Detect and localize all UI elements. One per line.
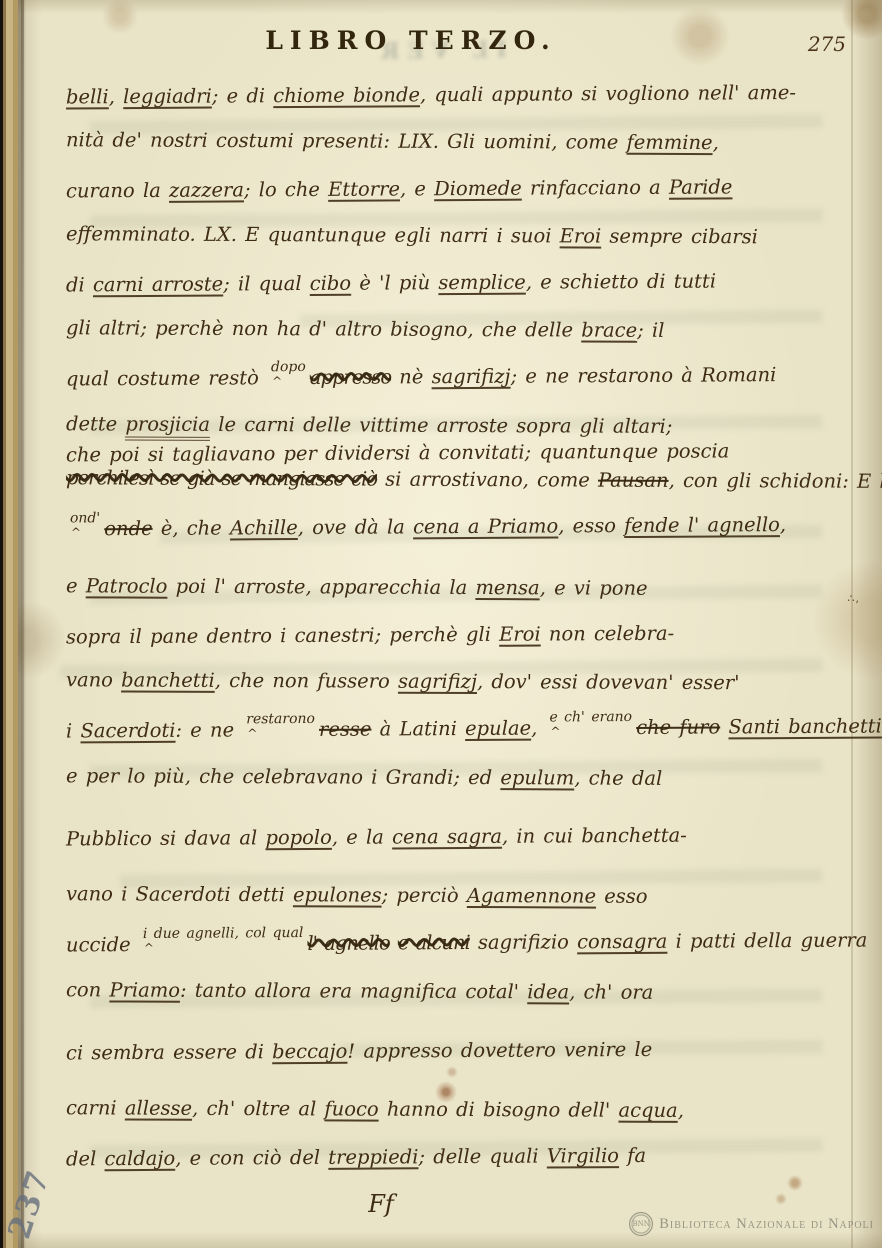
underlined-word: femmine: [626, 131, 712, 154]
text-segment: ; il: [637, 319, 664, 342]
text-segment: , e la: [332, 825, 392, 848]
manuscript-page: IL VER LIBRO TERZO. 275 belli, leggiadri…: [0, 0, 882, 1248]
text-segment: ; lo che: [244, 178, 328, 202]
text-segment: , dov' essi dovevan' esser': [477, 670, 740, 694]
text-segment: vano: [66, 668, 121, 691]
text-segment: Pubblico si dava al: [66, 826, 266, 850]
text-segment: ,: [109, 85, 124, 108]
inserted-word: i due agnelli, col qual: [143, 922, 304, 945]
inserted-word: e ch' erano: [549, 706, 632, 729]
underlined-word: mensa: [475, 576, 539, 599]
underlined-word: Priamo: [109, 978, 180, 1001]
text-segment: , esso: [558, 514, 624, 537]
text-segment: , che non fussero: [215, 669, 398, 693]
text-segment: : tanto allora era magnifica cotal': [180, 979, 527, 1004]
underlined-word: carni arroste: [93, 272, 223, 296]
underlined-word: banchetti: [121, 668, 215, 691]
struck-word: appresso: [310, 365, 391, 388]
text-segment: hanno di bisogno dell': [379, 1098, 619, 1122]
text-segment: ; il qual: [223, 272, 310, 296]
manuscript-line: ond'onde è, che Achille, ove dà la cena …: [66, 514, 868, 543]
text-segment: , e: [400, 177, 434, 200]
underlined-word: belli: [66, 85, 109, 108]
underlined-word: popolo: [265, 826, 332, 849]
text-segment: , e vi pone: [540, 576, 648, 599]
text-segment: , e con ciò del: [175, 1146, 328, 1170]
text-segment: , ch' ora: [569, 980, 653, 1003]
text-segment: qual costume restò: [66, 366, 267, 390]
underlined-word: zazzera: [169, 178, 244, 201]
text-segment: sempre cibarsi: [601, 225, 758, 249]
text-segment: le carni delle vittime arroste sopra gli…: [210, 413, 672, 438]
underlined-word: chiome bionde: [273, 83, 420, 107]
underlined-word: cibo: [310, 272, 352, 295]
manuscript-scan: IL VER LIBRO TERZO. 275 belli, leggiadri…: [0, 0, 882, 1248]
underlined-word: cena sagra: [392, 825, 502, 849]
library-watermark-text: Biblioteca Nazionale di Napoli: [659, 1216, 874, 1233]
underlined-word: Agamennone: [467, 884, 596, 908]
underlined-word: Diomede: [434, 177, 522, 201]
library-logo-icon: BNN: [629, 1212, 653, 1236]
page-title: LIBRO TERZO.: [0, 26, 822, 55]
text-segment: di: [66, 273, 93, 296]
text-segment: uccide: [66, 933, 139, 956]
text-segment: è 'l più: [351, 271, 438, 295]
manuscript-body: belli, leggiadri; e di chiome bionde, qu…: [66, 84, 868, 1193]
text-segment: ; e ne restarono à Romani: [510, 363, 776, 388]
manuscript-line: e per lo più, che celebravano i Grandi; …: [66, 765, 868, 790]
underlined-word: Ettorre: [328, 177, 400, 200]
manuscript-line: i Sacerdoti: e ne restaronoresse à Latin…: [66, 716, 868, 745]
text-segment: , ch' oltre al: [192, 1097, 324, 1121]
text-segment: ; perciò: [382, 884, 467, 907]
text-segment: E le profane,: [857, 470, 882, 494]
text-segment: fa: [619, 1144, 646, 1167]
text-segment: e per lo più, che celebravano i Grandi; …: [66, 764, 500, 789]
text-segment: nè: [391, 365, 432, 388]
manuscript-line: curano la zazzera; lo che Ettorre, e Dio…: [66, 176, 868, 203]
text-segment: gli altri; perchè non ha d' altro bisogn…: [66, 316, 581, 341]
underlined-word: allesse: [125, 1097, 192, 1120]
underlined-word: acqua: [618, 1099, 677, 1122]
text-segment: che poi si tagliavano per dividersi à co…: [66, 439, 730, 466]
underlined-word: idea: [527, 980, 569, 1003]
manuscript-line: gli altri; perchè non ha d' altro bisogn…: [66, 317, 868, 342]
underlined-word: Santi banchetti: [728, 714, 882, 738]
text-segment: poi l' arroste, apparecchia la: [167, 575, 475, 599]
underlined-word: Paride: [669, 175, 733, 198]
text-segment: , e schietto di tutti: [526, 269, 716, 293]
text-segment: ,: [531, 717, 546, 740]
struck-word: che furo: [636, 715, 720, 739]
underlined-word: Virgilio: [547, 1144, 619, 1167]
manuscript-line: belli, leggiadri; e di chiome bionde, qu…: [66, 82, 868, 109]
manuscript-line: di carni arroste; il qual cibo è 'l più …: [66, 270, 868, 297]
manuscript-line: qual costume restò dopoappresso nè sagri…: [66, 364, 868, 393]
text-segment: ,: [713, 131, 719, 154]
inserted-word: ond': [70, 507, 100, 529]
text-segment: ci sembra essere di: [66, 1040, 272, 1064]
struck-word: perchilesì se già se mangiasse ciò: [66, 466, 377, 490]
manuscript-line: effemminato. LX. E quantunque egli narri…: [66, 223, 868, 248]
text-segment: , ove dà la: [298, 515, 413, 539]
text-segment: i: [66, 719, 81, 742]
text-segment: non celebra-: [541, 622, 675, 646]
underlined-word: epulae: [465, 717, 531, 740]
text-segment: è, che: [153, 516, 230, 539]
underlined-word: semplice: [438, 271, 526, 295]
manuscript-line: perchilesì se già se mangiasse ciò si ar…: [66, 467, 868, 492]
struck-word: onde: [104, 517, 152, 540]
underlined-word: cena a Priamo: [413, 514, 558, 538]
page-number: 275: [808, 32, 846, 56]
underlined-word: caldajo: [104, 1147, 175, 1170]
underlined-word: epulum: [500, 766, 574, 789]
text-segment: ; e di: [212, 84, 274, 107]
text-segment: , con gli schidoni:: [669, 469, 858, 493]
manuscript-line: nità de' nostri costumi presenti: LIX. G…: [66, 129, 868, 154]
manuscript-line: Pubblico si dava al popolo, e la cena sa…: [66, 824, 868, 851]
manuscript-line: uccide i due agnelli, col quall' agnello…: [66, 930, 868, 959]
manuscript-line: con Priamo: tanto allora era magnifica c…: [66, 979, 868, 1004]
text-segment: effemminato. LX. E quantunque egli narri…: [66, 222, 560, 247]
underlined-word: beccajo: [272, 1040, 347, 1063]
underlined-word: Achille: [230, 516, 298, 539]
underlined-word: prosjicia: [125, 413, 210, 441]
underlined-word: fuoco: [324, 1097, 378, 1120]
manuscript-line: ci sembra essere di beccajo! appresso do…: [66, 1038, 868, 1065]
underlined-word: sagrifizj: [398, 670, 477, 693]
text-segment: nità de' nostri costumi presenti: LIX. G…: [66, 128, 627, 153]
manuscript-line: del caldajo, e con ciò del treppiedi; de…: [66, 1144, 868, 1171]
text-segment: si arrostivano, come: [377, 468, 598, 492]
manuscript-line: che poi si tagliavano per dividersi à co…: [66, 440, 868, 467]
text-segment: ; delle quali: [418, 1145, 546, 1169]
text-segment: i patti della guerra: [667, 929, 867, 953]
struck-word: e alcuni: [398, 931, 470, 954]
underlined-word: sagrifizj: [431, 365, 510, 388]
manuscript-line: sopra il pane dentro i canestri; perchè …: [66, 622, 868, 649]
text-segment: rinfacciano a: [522, 176, 669, 200]
margin-insertion-mark: ∴,: [848, 592, 861, 605]
inserted-word: dopo: [271, 356, 306, 378]
text-segment: curano la: [66, 179, 169, 203]
manuscript-line: carni allesse, ch' oltre al fuoco hanno …: [66, 1097, 868, 1122]
underlined-word: consagra: [577, 930, 667, 954]
text-segment: , quali appunto si vogliono nell' ame-: [420, 81, 796, 106]
text-segment: e: [66, 574, 86, 597]
underlined-word: leggiadri: [123, 85, 212, 109]
manuscript-line: vano i Sacerdoti detti epulones; perciò …: [66, 883, 868, 908]
text-segment: sopra il pane dentro i canestri; perchè …: [66, 623, 499, 649]
text-segment: dette: [66, 412, 126, 435]
inserted-word: restarono: [246, 708, 315, 730]
underlined-word: Patroclo: [86, 574, 168, 597]
manuscript-line: vano banchetti, che non fussero sagrifiz…: [66, 669, 868, 694]
underlined-word: fende l' agnello: [624, 513, 780, 537]
text-segment: con: [66, 978, 110, 1001]
text-segment: vano i Sacerdoti detti: [66, 882, 293, 906]
text-segment: ,: [780, 513, 786, 536]
text-segment: sagrifizio: [470, 930, 577, 954]
underlined-word: treppiedi: [328, 1145, 418, 1169]
text-segment: : e ne: [175, 718, 242, 741]
text-segment: , che dal: [574, 766, 662, 789]
underlined-word: epulones: [293, 883, 382, 906]
text-segment: ! appresso dovettero venire le: [347, 1038, 652, 1063]
struck-word: resse: [319, 718, 372, 741]
text-segment: carni: [66, 1096, 125, 1119]
manuscript-line: e Patroclo poi l' arroste, apparecchia l…: [66, 575, 868, 600]
text-segment: , in cui banchetta-: [502, 824, 687, 848]
text-segment: à Latini: [371, 717, 465, 741]
underlined-word: Eroi: [560, 224, 602, 247]
underlined-word: Sacerdoti: [80, 719, 175, 743]
text-segment: [390, 931, 398, 954]
manuscript-line: dette prosjicia le carni delle vittime a…: [66, 413, 868, 438]
page-fold-crease: [21, 0, 24, 1248]
underlined-word: brace: [581, 318, 637, 341]
struck-word: Pausan: [598, 469, 669, 492]
text-segment: esso: [596, 885, 648, 908]
library-watermark: BNN Biblioteca Nazionale di Napoli: [629, 1212, 874, 1236]
text-segment: ,: [678, 1099, 684, 1122]
underlined-word: Eroi: [499, 623, 541, 646]
struck-word: l' agnello: [307, 931, 389, 955]
text-segment: del: [66, 1147, 105, 1170]
